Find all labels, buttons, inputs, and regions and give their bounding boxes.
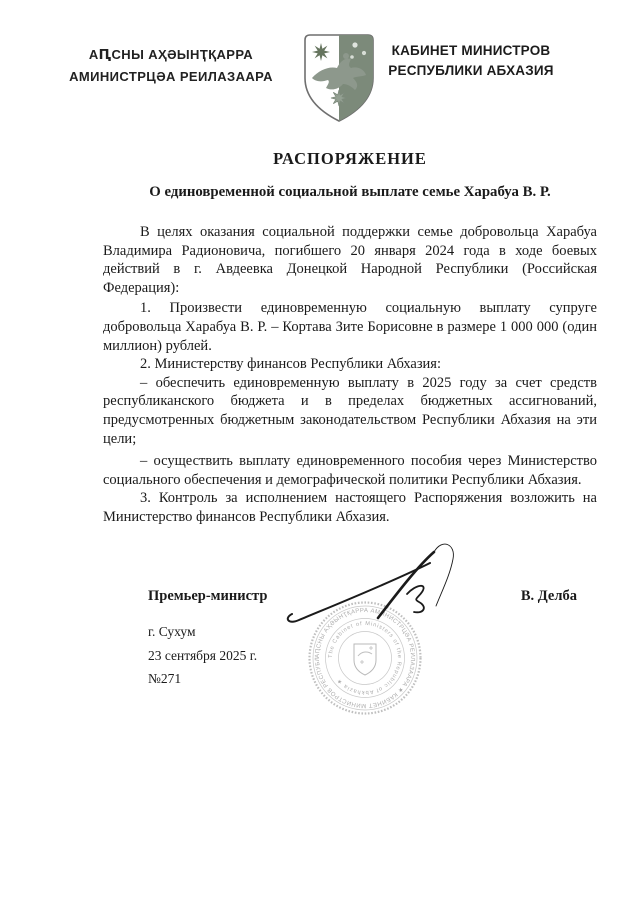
document-subject: О единовременной социальной выплате семь… bbox=[103, 184, 597, 201]
document-title: РАСПОРЯЖЕНИЕ bbox=[103, 149, 597, 169]
paragraph-item-2-dash-1: – обеспечить единовременную выплату в 20… bbox=[103, 374, 597, 448]
paragraph-preamble: В целях оказания социальной поддержки се… bbox=[103, 223, 597, 297]
signatory-post: Премьер-министр bbox=[148, 588, 267, 605]
issuer-russian-line2: РЕСПУБЛИКИ АБХАЗИЯ bbox=[376, 61, 566, 81]
issuer-abkhaz-line1: АԤСНЫ АҲӘЫНҬҚАРРА bbox=[58, 44, 284, 66]
issuer-russian-line1: КАБИНЕТ МИНИСТРОВ bbox=[376, 41, 566, 61]
handwritten-signature bbox=[270, 535, 470, 635]
issuer-name-russian: КАБИНЕТ МИНИСТРОВ РЕСПУБЛИКИ АБХАЗИЯ bbox=[376, 41, 566, 81]
signatory-name: В. Делба bbox=[521, 588, 577, 605]
document-body: В целях оказания социальной поддержки се… bbox=[103, 223, 597, 527]
issuer-abkhaz-line2: АМИНИСТРЦӘА РЕИЛАЗААРА bbox=[58, 66, 284, 88]
paragraph-item-1: 1. Произвести единовременную социальную … bbox=[103, 299, 597, 355]
paragraph-item-2-dash-2: – осуществить выплату единовременного по… bbox=[103, 452, 597, 489]
issuer-name-abkhaz: АԤСНЫ АҲӘЫНҬҚАРРА АМИНИСТРЦӘА РЕИЛАЗААРА bbox=[58, 44, 284, 88]
paragraph-item-2: 2. Министерству финансов Республики Абха… bbox=[103, 355, 597, 374]
document-page: АԤСНЫ АҲӘЫНҬҚАРРА АМИНИСТРЦӘА РЕИЛАЗААРА bbox=[0, 0, 640, 905]
paragraph-item-3: 3. Контроль за исполнением настоящего Ра… bbox=[103, 489, 597, 526]
coat-of-arms-icon bbox=[299, 32, 379, 124]
